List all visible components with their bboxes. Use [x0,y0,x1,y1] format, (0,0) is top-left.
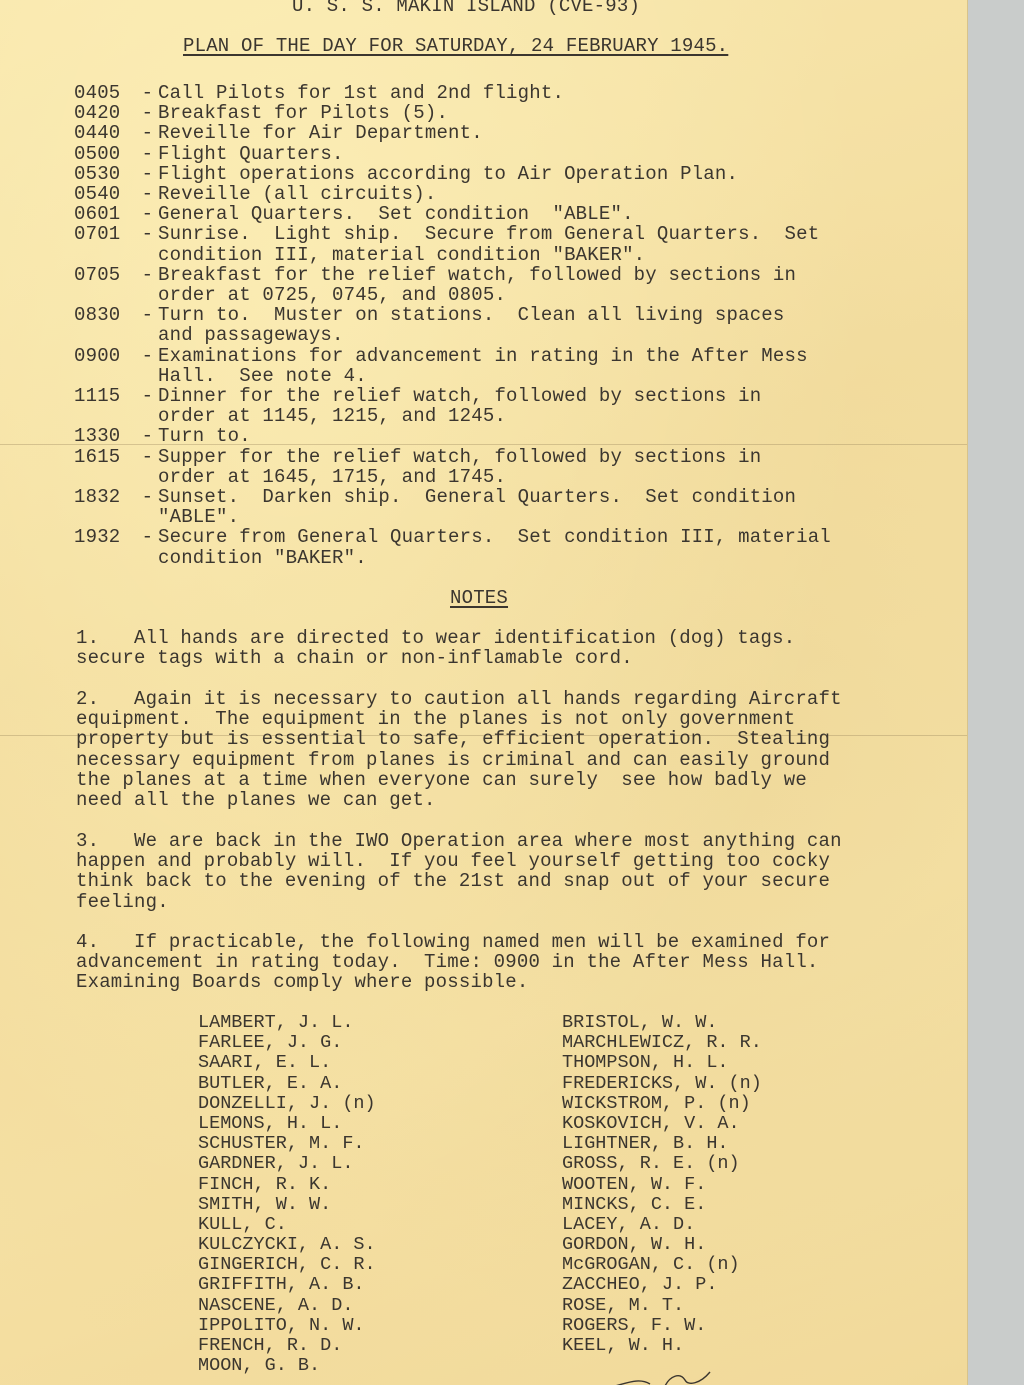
schedule-row: 0420 -Breakfast for Pilots (5). [74,103,831,123]
schedule-time: 1932 [74,527,130,547]
schedule-text: Sunset. Darken ship. General Quarters. S… [158,487,796,507]
schedule-row: 1115 -Dinner for the relief watch, follo… [74,386,831,406]
schedule-text: Hall. See note 4. [158,366,367,386]
examinee-name: SAARI, E. L. [198,1053,376,1073]
schedule-text: condition "BAKER". [158,548,367,568]
examinee-name: IPPOLITO, N. W. [198,1316,376,1336]
schedule-dash [130,507,158,527]
schedule-text: Call Pilots for 1st and 2nd flight. [158,83,564,103]
examinee-name: FINCH, R. K. [198,1175,376,1195]
schedule-row: 0900 -Examinations for advancement in ra… [74,346,831,366]
examinee-name: NASCENE, A. D. [198,1296,376,1316]
schedule-text: Secure from General Quarters. Set condit… [158,527,831,547]
schedule-text: "ABLE". [158,507,239,527]
schedule-time: 1115 [74,386,130,406]
schedule-row: 1932 -Secure from General Quarters. Set … [74,527,831,547]
note-line: secure tags with a chain or non-inflamab… [76,648,795,668]
note-line: 3. We are back in the IWO Operation area… [76,831,842,851]
schedule-row: 0405 -Call Pilots for 1st and 2nd flight… [74,83,831,103]
examinee-name: THOMPSON, H. L. [562,1053,762,1073]
schedule-row: "ABLE". [74,507,831,527]
schedule-time [74,325,130,345]
schedule-list: 0405 -Call Pilots for 1st and 2nd flight… [74,83,831,568]
schedule-time: 0601 [74,204,130,224]
schedule-dash: - [130,144,158,164]
ship-name: U. S. S. MAKIN ISLAND (CVE-93) [292,0,640,16]
document-page: U. S. S. MAKIN ISLAND (CVE-93) PLAN OF T… [0,0,968,1385]
examinee-name: LEMONS, H. L. [198,1114,376,1134]
note-line: 1. All hands are directed to wear identi… [76,628,795,648]
schedule-time [74,366,130,386]
schedule-time: 0705 [74,265,130,285]
schedule-dash [130,467,158,487]
schedule-time [74,467,130,487]
examinee-name: ZACCHEO, J. P. [562,1275,762,1295]
examinee-name: ROGERS, F. W. [562,1316,762,1336]
schedule-dash [130,285,158,305]
note-4: 4. If practicable, the following named m… [76,932,830,993]
schedule-time [74,245,130,265]
schedule-dash: - [130,305,158,325]
schedule-dash: - [130,123,158,143]
schedule-time: 0900 [74,346,130,366]
schedule-text: Sunrise. Light ship. Secure from General… [158,224,819,244]
schedule-row: 0540 -Reveille (all circuits). [74,184,831,204]
schedule-dash [130,325,158,345]
examinee-name: MARCHLEWICZ, R. R. [562,1033,762,1053]
schedule-row: order at 1145, 1215, and 1245. [74,406,831,426]
examinee-name: FRENCH, R. D. [198,1336,376,1356]
note-line: feeling. [76,892,842,912]
document-title: PLAN OF THE DAY FOR SATURDAY, 24 FEBRUAR… [183,36,728,56]
schedule-text: condition III, material condition "BAKER… [158,245,645,265]
examinee-name: FARLEE, J. G. [198,1033,376,1053]
schedule-text: Flight operations according to Air Opera… [158,164,738,184]
examinee-name: SMITH, W. W. [198,1195,376,1215]
schedule-time: 0530 [74,164,130,184]
schedule-dash: - [130,346,158,366]
schedule-text: and passageways. [158,325,344,345]
examinee-name: GRIFFITH, A. B. [198,1275,376,1295]
examinee-name: BUTLER, E. A. [198,1074,376,1094]
schedule-time [74,548,130,568]
schedule-row: 0440 -Reveille for Air Department. [74,123,831,143]
schedule-text: Turn to. [158,426,251,446]
examinee-name: KULCZYCKI, A. S. [198,1235,376,1255]
schedule-text: Turn to. Muster on stations. Clean all l… [158,305,785,325]
note-line: 2. Again it is necessary to caution all … [76,689,842,709]
examinee-name: LIGHTNER, B. H. [562,1134,762,1154]
examinee-name: SCHUSTER, M. F. [198,1134,376,1154]
schedule-dash: - [130,83,158,103]
schedule-row: 0500 -Flight Quarters. [74,144,831,164]
examinee-name: DONZELLI, J. (n) [198,1094,376,1114]
note-3: 3. We are back in the IWO Operation area… [76,831,842,912]
examinee-name: WICKSTROM, P. (n) [562,1094,762,1114]
note-line: happen and probably will. If you feel yo… [76,851,842,871]
note-line: the planes at a time when everyone can s… [76,770,842,790]
schedule-dash: - [130,426,158,446]
schedule-row: 0530 -Flight operations according to Air… [74,164,831,184]
examinee-name: GARDNER, J. L. [198,1154,376,1174]
schedule-text: Breakfast for the relief watch, followed… [158,265,796,285]
schedule-time: 1330 [74,426,130,446]
schedule-text: order at 0725, 0745, and 0805. [158,285,506,305]
schedule-dash: - [130,224,158,244]
schedule-row: condition "BAKER". [74,548,831,568]
schedule-time: 0830 [74,305,130,325]
schedule-time: 0540 [74,184,130,204]
schedule-text: Examinations for advancement in rating i… [158,346,808,366]
schedule-time: 0420 [74,103,130,123]
schedule-row: 0701 -Sunrise. Light ship. Secure from G… [74,224,831,244]
signature-mark [610,1368,720,1385]
note-line: need all the planes we can get. [76,790,842,810]
schedule-text: General Quarters. Set condition "ABLE". [158,204,634,224]
schedule-row: order at 1645, 1715, and 1745. [74,467,831,487]
schedule-dash: - [130,184,158,204]
note-line: 4. If practicable, the following named m… [76,932,830,952]
schedule-time: 1832 [74,487,130,507]
examinee-name: MOON, G. B. [198,1356,376,1376]
note-line: advancement in rating today. Time: 0900 … [76,952,830,972]
examinee-name: KEEL, W. H. [562,1336,762,1356]
examinee-name: WOOTEN, W. F. [562,1175,762,1195]
schedule-row: 0830 -Turn to. Muster on stations. Clean… [74,305,831,325]
examinee-name: GORDON, W. H. [562,1235,762,1255]
schedule-text: Dinner for the relief watch, followed by… [158,386,761,406]
note-line: property but is essential to safe, effic… [76,729,842,749]
schedule-dash: - [130,447,158,467]
schedule-text: order at 1645, 1715, and 1745. [158,467,506,487]
note-line: necessary equipment from planes is crimi… [76,750,842,770]
note-line: Examining Boards comply where possible. [76,972,830,992]
schedule-dash: - [130,265,158,285]
schedule-dash [130,406,158,426]
schedule-row: Hall. See note 4. [74,366,831,386]
notes-heading: NOTES [450,588,508,608]
schedule-row: 0601 -General Quarters. Set condition "A… [74,204,831,224]
schedule-text: Flight Quarters. [158,144,344,164]
note-1: 1. All hands are directed to wear identi… [76,628,795,668]
schedule-row: 1330 -Turn to. [74,426,831,446]
schedule-dash [130,548,158,568]
examinee-name: KOSKOVICH, V. A. [562,1114,762,1134]
schedule-dash: - [130,527,158,547]
schedule-time: 0701 [74,224,130,244]
schedule-row: and passageways. [74,325,831,345]
examinee-name: McGROGAN, C. (n) [562,1255,762,1275]
examinee-name: GROSS, R. E. (n) [562,1154,762,1174]
schedule-dash: - [130,164,158,184]
examinee-name: MINCKS, C. E. [562,1195,762,1215]
examinee-name: GINGERICH, C. R. [198,1255,376,1275]
examinee-name: ROSE, M. T. [562,1296,762,1316]
exam-names-left-column: LAMBERT, J. L.FARLEE, J. G.SAARI, E. L.B… [198,1013,376,1376]
schedule-dash: - [130,103,158,123]
schedule-dash [130,245,158,265]
schedule-row: 0705 -Breakfast for the relief watch, fo… [74,265,831,285]
schedule-row: 1615 -Supper for the relief watch, follo… [74,447,831,467]
schedule-time: 0405 [74,83,130,103]
schedule-time [74,285,130,305]
examinee-name: LAMBERT, J. L. [198,1013,376,1033]
note-line: think back to the evening of the 21st an… [76,871,842,891]
schedule-text: Breakfast for Pilots (5). [158,103,448,123]
exam-names-right-column: BRISTOL, W. W.MARCHLEWICZ, R. R.THOMPSON… [562,1013,762,1356]
schedule-time [74,406,130,426]
schedule-dash: - [130,487,158,507]
examinee-name: KULL, C. [198,1215,376,1235]
schedule-time [74,507,130,527]
schedule-row: order at 0725, 0745, and 0805. [74,285,831,305]
schedule-text: Reveille (all circuits). [158,184,436,204]
schedule-row: condition III, material condition "BAKER… [74,245,831,265]
note-line: equipment. The equipment in the planes i… [76,709,842,729]
examinee-name: FREDERICKS, W. (n) [562,1074,762,1094]
schedule-time: 0500 [74,144,130,164]
schedule-row: 1832 -Sunset. Darken ship. General Quart… [74,487,831,507]
schedule-text: order at 1145, 1215, and 1245. [158,406,506,426]
schedule-dash: - [130,204,158,224]
examinee-name: BRISTOL, W. W. [562,1013,762,1033]
note-2: 2. Again it is necessary to caution all … [76,689,842,810]
schedule-time: 1615 [74,447,130,467]
schedule-text: Reveille for Air Department. [158,123,483,143]
schedule-text: Supper for the relief watch, followed by… [158,447,761,467]
schedule-dash: - [130,386,158,406]
schedule-dash [130,366,158,386]
examinee-name: LACEY, A. D. [562,1215,762,1235]
schedule-time: 0440 [74,123,130,143]
